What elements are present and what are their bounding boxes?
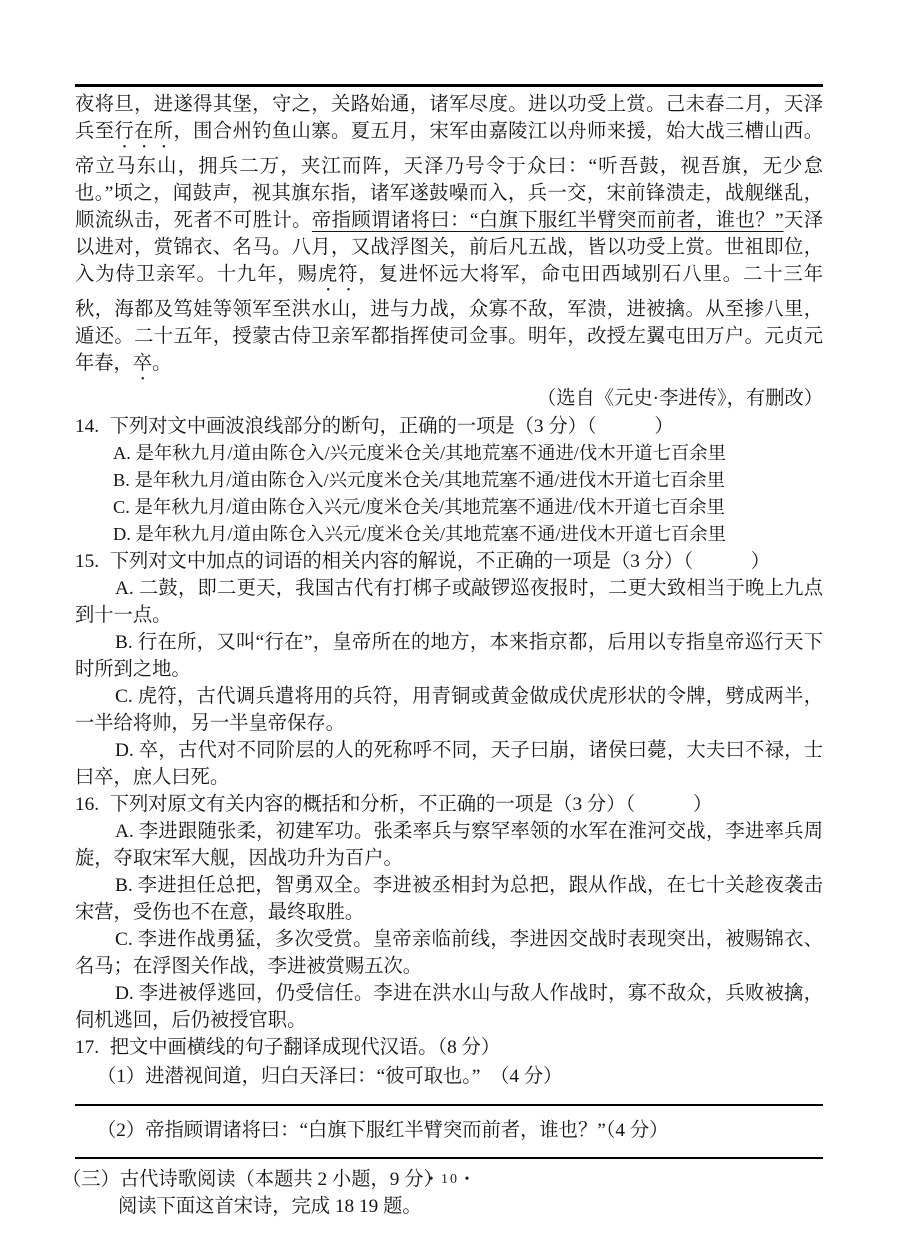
emphasized-term-xingzaisuo: 行在所	[114, 121, 173, 142]
question-17-part-2: （2）帝指顾谓诸将曰：“白旗下服红半臂突而前者，谁也？”（4 分）	[75, 1106, 823, 1157]
question-14-option-a: A. 是年秋九月/道由陈仓入/兴元度米仓关/其地荒塞不通进/伐木开道七百余里	[75, 440, 823, 467]
question-16-stem: 下列对原文有关内容的概括和分析，不正确的一项是（3 分）（ ）	[110, 794, 713, 815]
question-15-option-b: B. 行在所，又叫“行在”，皇帝所在的地方，本来指京都，后用以专指皇帝巡行天下时…	[75, 629, 823, 683]
question-14-option-d: D. 是年秋九月/道由陈仓入兴元/度米仓关/其地荒塞不通/进伐木开道七百余里	[75, 521, 823, 548]
question-15-stem-line: 15.下列对文中加点的词语的相关内容的解说，不正确的一项是（3 分）（ ）	[75, 548, 823, 575]
question-17-number: 17.	[75, 1037, 99, 1058]
question-16-number: 16.	[75, 794, 99, 815]
emphasized-term-hufu: 虎符	[318, 264, 358, 285]
passage-paragraph: 夜将旦，进遂得其堡，守之，关路始通，诸军尽度。进以功受上赏。己未春二月，天泽兵至…	[75, 91, 823, 385]
question-15-option-a: A. 二鼓，即二更天，我国古代有打梆子或敲锣巡夜报时，二更大致相当于晚上九点到十…	[75, 575, 823, 629]
question-17: 17.把文中画横线的句子翻译成现代汉语。（8 分） （1）进潜视间道，归白天泽曰…	[75, 1034, 823, 1159]
question-14-option-c: C. 是年秋九月/道由陈仓入兴元/度米仓关/其地荒塞不通进/伐木开道七百余里	[75, 494, 823, 521]
passage-segment: 。	[152, 353, 171, 374]
question-16: 16.下列对原文有关内容的概括和分析，不正确的一项是（3 分）（ ） A. 李进…	[75, 791, 823, 1034]
section-three-instruction: 阅读下面这首宋诗，完成 18 19 题。	[75, 1193, 823, 1220]
answer-divider-line-2	[75, 1157, 823, 1159]
question-15-number: 15.	[75, 551, 99, 572]
question-17-stem-line: 17.把文中画横线的句子翻译成现代汉语。（8 分）	[75, 1034, 823, 1061]
question-16-option-b: B. 李进担任总把，智勇双全。李进被丞相封为总把，跟从作战，在七十关趁夜袭击宋营…	[75, 872, 823, 926]
question-15: 15.下列对文中加点的词语的相关内容的解说，不正确的一项是（3 分）（ ） A.…	[75, 548, 823, 791]
top-divider-rule	[75, 84, 823, 87]
question-14-stem: 下列对文中画波浪线部分的断句，正确的一项是（3 分）（ ）	[110, 416, 674, 437]
underlined-sentence: 帝指顾谓诸将曰：“白旗下服红半臂突而前者，谁也？”	[312, 210, 784, 231]
question-16-option-a: A. 李进跟随张柔，初建军功。张柔率兵与察罕率领的水军在淮河交战，李进率兵周旋，…	[75, 818, 823, 872]
question-17-stem: 把文中画横线的句子翻译成现代汉语。（8 分）	[110, 1037, 500, 1058]
question-16-stem-line: 16.下列对原文有关内容的概括和分析，不正确的一项是（3 分）（ ）	[75, 791, 823, 818]
page-content: 夜将旦，进遂得其堡，守之，关路始通，诸军尽度。进以功受上赏。己未春二月，天泽兵至…	[75, 0, 823, 1220]
question-16-option-d: D. 李进被俘逃回，仍受信任。李进在洪水山与敌人作战时，寡不敌众，兵败被擒，伺机…	[75, 980, 823, 1034]
question-16-option-c: C. 李进作战勇猛，多次受赏。皇帝亲临前线，李进因交战时表现突出，被赐锦衣、名马…	[75, 926, 823, 980]
question-15-option-d: D. 卒，古代对不同阶层的人的死称呼不同，天子曰崩，诸侯曰薨，大夫曰不禄，士曰卒…	[75, 737, 823, 791]
page-number: • 10 •	[0, 1172, 900, 1188]
question-14-number: 14.	[75, 416, 99, 437]
question-15-stem: 下列对文中加点的词语的相关内容的解说，不正确的一项是（3 分）（ ）	[110, 551, 770, 572]
question-15-option-c: C. 虎符，古代调兵遣将用的兵符，用青铜或黄金做成伏虎形状的令牌，劈成两半，一半…	[75, 683, 823, 737]
exam-paper-page: 夜将旦，进遂得其堡，守之，关路始通，诸军尽度。进以功受上赏。己未春二月，天泽兵至…	[0, 0, 900, 1246]
question-17-part-1: （1）进潜视间道，归白天泽曰：“彼可取也。” （4 分）	[75, 1063, 823, 1090]
question-14-option-b: B. 是年秋九月/道由陈仓入/兴元度米仓关/其地荒塞不通/进伐木开道七百余里	[75, 467, 823, 494]
emphasized-term-zu: 卒	[133, 353, 152, 374]
question-14-stem-line: 14.下列对文中画波浪线部分的断句，正确的一项是（3 分）（ ）	[75, 413, 823, 440]
question-14: 14.下列对文中画波浪线部分的断句，正确的一项是（3 分）（ ） A. 是年秋九…	[75, 413, 823, 548]
answer-blank-space	[75, 1090, 823, 1104]
source-attribution: （选自《元史·李进传》，有删改）	[75, 385, 823, 413]
